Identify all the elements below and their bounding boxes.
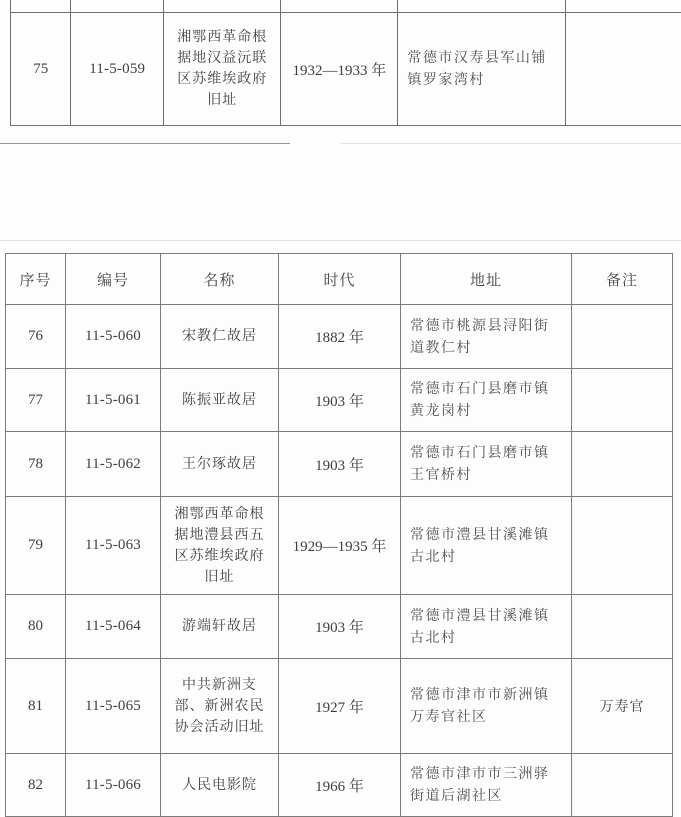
header-name: 名称 (161, 254, 279, 305)
address-line: 古北村 (410, 627, 565, 649)
cell-address: 常德市桃源县浔阳街 道教仁村 (401, 305, 572, 369)
page-edge-rule (0, 143, 290, 144)
cell-seq: 75 (11, 13, 71, 126)
cell-era: 1932—1933 年 (281, 13, 398, 126)
cell-era: 1903 年 (279, 432, 401, 497)
table-row: 77 11-5-061 陈振亚故居 1903 年 常德市石门县磨市镇 黄龙岗村 (6, 369, 673, 432)
cell-name: 王尔琢故居 (161, 432, 279, 497)
cell-name: 中共新洲支 部、新洲农民 协会活动旧址 (161, 659, 279, 754)
name-line: 区苏维埃政府 (164, 69, 280, 90)
address-line: 常德市澧县甘溪滩镇 (410, 524, 565, 546)
table-row: 82 11-5-066 人民电影院 1966 年 常德市津市市三洲驿 街道后湖社… (6, 754, 673, 817)
cell-code: 11-5-064 (66, 595, 161, 659)
page-edge-rule-faint (340, 143, 681, 144)
cell-code: 11-5-065 (66, 659, 161, 754)
cell-name: 游端轩故居 (161, 595, 279, 659)
cell-code: 11-5-059 (71, 13, 164, 126)
previous-page-table-fragment: 75 11-5-059 湘鄂西革命根 据地汉益沅联 区苏维埃政府 旧址 1932… (10, 0, 681, 126)
address-line: 常德市桃源县浔阳街 (410, 315, 565, 337)
cell-seq: 77 (6, 369, 66, 432)
cell-empty (11, 0, 71, 13)
cell-name: 陈振亚故居 (161, 369, 279, 432)
address-line: 常德市津市市新洲镇 (410, 684, 565, 706)
cell-era: 1903 年 (279, 369, 401, 432)
cell-empty (565, 0, 681, 13)
cell-address: 常德市石门县磨市镇 黄龙岗村 (401, 369, 572, 432)
header-code: 编号 (66, 254, 161, 305)
address-line: 万寿官社区 (410, 706, 565, 728)
cell-note (572, 305, 673, 369)
cell-name: 湘鄂西革命根 据地汉益沅联 区苏维埃政府 旧址 (164, 13, 281, 126)
name-line: 协会活动旧址 (161, 717, 278, 738)
address-line: 街道后湖社区 (410, 785, 565, 807)
address-line: 王官桥村 (410, 464, 565, 486)
cell-name: 湘鄂西革命根 据地澧县西五 区苏维埃政府 旧址 (161, 497, 279, 595)
address-line: 道教仁村 (410, 337, 565, 359)
cell-address: 常德市津市市新洲镇 万寿官社区 (401, 659, 572, 754)
table-row: 81 11-5-065 中共新洲支 部、新洲农民 协会活动旧址 1927 年 常… (6, 659, 673, 754)
name-line: 旧址 (161, 567, 278, 588)
name-line: 部、新洲农民 (161, 696, 278, 717)
table-row: 76 11-5-060 宋教仁故居 1882 年 常德市桃源县浔阳街 道教仁村 (6, 305, 673, 369)
header-note: 备注 (572, 254, 673, 305)
cell-era: 1927 年 (279, 659, 401, 754)
cell-note (572, 432, 673, 497)
table-row: 80 11-5-064 游端轩故居 1903 年 常德市澧县甘溪滩镇 古北村 (6, 595, 673, 659)
cell-code: 11-5-066 (66, 754, 161, 817)
cell-era: 1882 年 (279, 305, 401, 369)
cell-seq: 81 (6, 659, 66, 754)
name-line: 据地汉益沅联 (164, 48, 280, 69)
cell-note (572, 595, 673, 659)
address-line: 常德市汉寿县军山铺 (407, 47, 558, 69)
cell-name: 宋教仁故居 (161, 305, 279, 369)
table-row: 75 11-5-059 湘鄂西革命根 据地汉益沅联 区苏维埃政府 旧址 1932… (11, 13, 681, 126)
cell-seq: 78 (6, 432, 66, 497)
page-edge-rule-faint (0, 240, 681, 241)
cell-empty (398, 0, 565, 13)
table-row: 79 11-5-063 湘鄂西革命根 据地澧县西五 区苏维埃政府 旧址 1929… (6, 497, 673, 595)
cell-empty (164, 0, 281, 13)
cell-note (572, 497, 673, 595)
name-line: 旧址 (164, 90, 280, 111)
address-line: 黄龙岗村 (410, 400, 565, 422)
header-era: 时代 (279, 254, 401, 305)
table-row: 78 11-5-062 王尔琢故居 1903 年 常德市石门县磨市镇 王官桥村 (6, 432, 673, 497)
cell-note: 万寿官 (572, 659, 673, 754)
cell-era: 1966 年 (279, 754, 401, 817)
name-line: 湘鄂西革命根 (161, 504, 278, 525)
cell-address: 常德市津市市三洲驿 街道后湖社区 (401, 754, 572, 817)
cell-seq: 76 (6, 305, 66, 369)
cell-seq: 79 (6, 497, 66, 595)
cell-address: 常德市澧县甘溪滩镇 古北村 (401, 595, 572, 659)
cell-seq: 82 (6, 754, 66, 817)
cell-era: 1929—1935 年 (279, 497, 401, 595)
address-line: 常德市澧县甘溪滩镇 (410, 605, 565, 627)
header-address: 地址 (401, 254, 572, 305)
cell-seq: 80 (6, 595, 66, 659)
cell-empty (71, 0, 164, 13)
cell-empty (281, 0, 398, 13)
cell-address: 常德市澧县甘溪滩镇 古北村 (401, 497, 572, 595)
address-line: 常德市石门县磨市镇 (410, 378, 565, 400)
table-header-row: 序号 编号 名称 时代 地址 备注 (6, 254, 673, 305)
cell-code: 11-5-063 (66, 497, 161, 595)
address-line: 常德市石门县磨市镇 (410, 442, 565, 464)
cell-note (565, 13, 681, 126)
header-seq: 序号 (6, 254, 66, 305)
name-line: 据地澧县西五 (161, 525, 278, 546)
address-line: 镇罗家湾村 (407, 69, 558, 91)
cell-code: 11-5-061 (66, 369, 161, 432)
table-row-cut-off (11, 0, 681, 13)
scanned-page: 75 11-5-059 湘鄂西革命根 据地汉益沅联 区苏维埃政府 旧址 1932… (0, 0, 681, 817)
cell-name: 人民电影院 (161, 754, 279, 817)
address-line: 古北村 (410, 546, 565, 568)
cell-address: 常德市汉寿县军山铺 镇罗家湾村 (398, 13, 565, 126)
cell-address: 常德市石门县磨市镇 王官桥村 (401, 432, 572, 497)
name-line: 中共新洲支 (161, 675, 278, 696)
name-line: 区苏维埃政府 (161, 546, 278, 567)
heritage-sites-table: 序号 编号 名称 时代 地址 备注 76 11-5-060 宋教仁故居 1882… (5, 253, 673, 817)
cell-code: 11-5-060 (66, 305, 161, 369)
cell-era: 1903 年 (279, 595, 401, 659)
cell-note (572, 754, 673, 817)
name-line: 湘鄂西革命根 (164, 27, 280, 48)
cell-note (572, 369, 673, 432)
cell-code: 11-5-062 (66, 432, 161, 497)
address-line: 常德市津市市三洲驿 (410, 763, 565, 785)
